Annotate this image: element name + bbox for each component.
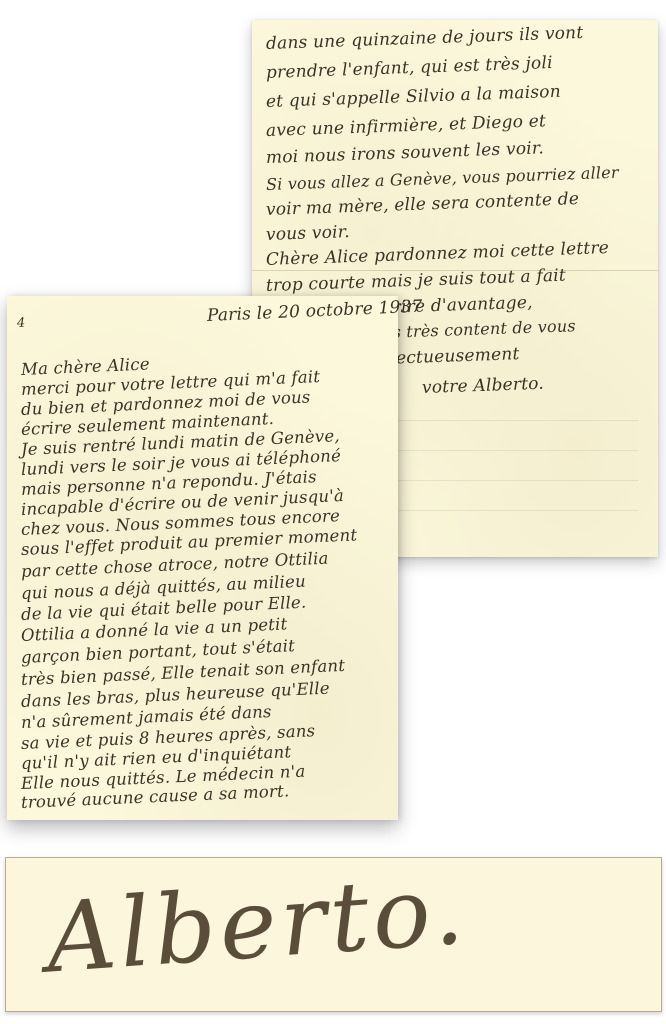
letter-line: et qui s'appelle Silvio a la maison [266, 82, 562, 112]
letter-line: voir ma mère, elle sera contente de [266, 189, 580, 220]
letter-line: moi nous irons souvent les voir. [266, 138, 545, 168]
letter-line: dans une quinzaine de jours ils vont [266, 23, 584, 54]
page-number-mark: 4 [17, 316, 26, 331]
letter-page-front: 4 Paris le 20 octobre 1937 Ma chère Alic… [7, 296, 398, 820]
signature-detail-strip: Alberto. [5, 857, 662, 1012]
letter-dateline: Paris le 20 octobre 1937 [207, 297, 423, 326]
letter-line: prendre l'enfant, qui est très joli [266, 53, 553, 83]
signature: Alberto. [43, 853, 471, 994]
letter-signoff: votre Alberto. [422, 374, 545, 398]
letter-line: vous voir. [266, 222, 351, 245]
letter-line: avec une infirmière, et Diego et [266, 111, 547, 141]
